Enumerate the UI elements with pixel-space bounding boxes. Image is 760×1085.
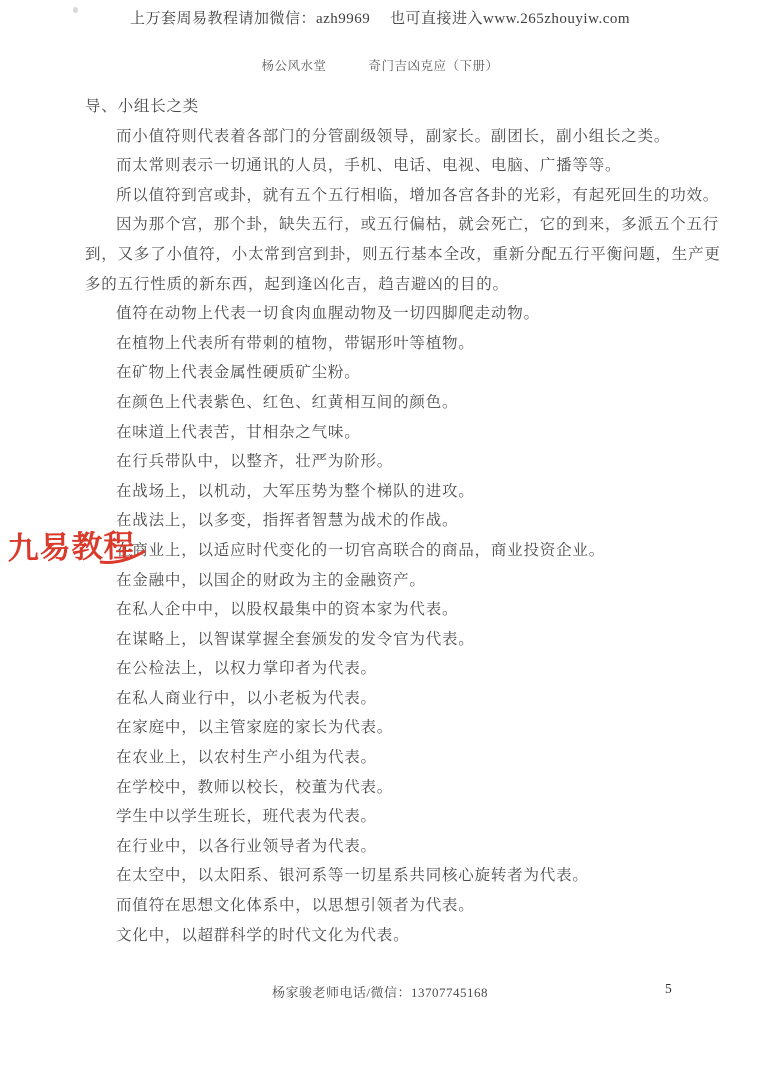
- text-line: 在颜色上代表紫色、红色、红黄相互间的颜色。: [85, 388, 700, 418]
- text-line: 学生中以学生班长，班代表为代表。: [85, 802, 700, 832]
- text-line: 在公检法上，以权力掌印者为代表。: [85, 654, 700, 684]
- header-promo-text: 上万套周易教程请加微信：azh9969 也可直接进入www.265zhouyiw…: [0, 7, 760, 28]
- footer-contact: 杨家骏老师电话/微信：13707745168: [0, 982, 760, 1001]
- text-line: 在味道上代表苦，甘相杂之气味。: [85, 418, 700, 448]
- scan-speck: [73, 7, 78, 13]
- watermark-logo: 九易教程: [7, 520, 136, 568]
- text-line: 在战法上，以多变，指挥者智慧为战术的作战。: [85, 506, 700, 536]
- text-line: 多的五行性质的新东西，起到逢凶化吉，趋吉避凶的目的。: [85, 270, 700, 300]
- text-line: 在战场上，以机动，大军压势为整个梯队的进攻。: [85, 477, 700, 507]
- text-line: 导、小组长之类: [85, 92, 700, 122]
- text-line: 在植物上代表所有带刺的植物，带锯形叶等植物。: [85, 329, 700, 359]
- watermark-swoosh-icon: [100, 550, 146, 565]
- text-line: 文化中，以超群科学的时代文化为代表。: [85, 921, 700, 951]
- page-number: 5: [665, 981, 672, 997]
- text-line: 而小值符则代表着各部门的分管副级领导，副家长。副团长，副小组长之类。: [85, 122, 700, 152]
- text-line: 在私人商业行中，以小老板为代表。: [85, 684, 700, 714]
- text-line: 到，又多了小值符，小太常到宫到卦，则五行基本全改，重新分配五行平衡问题，生产更: [85, 240, 700, 270]
- text-line: 在私人企中中，以股权最集中的资本家为代表。: [85, 595, 700, 625]
- text-line: 在家庭中，以主管家庭的家长为代表。: [85, 713, 700, 743]
- text-line: 在金融中，以国企的财政为主的金融资产。: [85, 566, 700, 596]
- text-line: 在太空中，以太阳系、银河系等一切星系共同核心旋转者为代表。: [85, 861, 700, 891]
- header-title-row: 杨公风水堂 奇门吉凶克应（下册）: [0, 56, 760, 74]
- document-page: 上万套周易教程请加微信：azh9969 也可直接进入www.265zhouyiw…: [0, 0, 760, 1085]
- text-line: 在行业中，以各行业领导者为代表。: [85, 832, 700, 862]
- text-line: 所以值符到宫或卦，就有五个五行相临，增加各宫各卦的光彩，有起死回生的功效。: [85, 181, 700, 211]
- text-line: 而太常则表示一切通讯的人员，手机、电话、电视、电脑、广播等等。: [85, 151, 700, 181]
- publisher-name: 杨公风水堂: [261, 56, 326, 74]
- text-line: 在学校中，教师以校长，校董为代表。: [85, 773, 700, 803]
- text-line: 值符在动物上代表一切食肉血腥动物及一切四脚爬走动物。: [85, 299, 700, 329]
- text-line: 在谋略上，以智谋掌握全套颁发的发令官为代表。: [85, 625, 700, 655]
- text-line: 在农业上，以农村生产小组为代表。: [85, 743, 700, 773]
- text-line: 在矿物上代表金属性硬质矿尘粉。: [85, 358, 700, 388]
- text-line: 在行兵带队中，以整齐，壮严为阶形。: [85, 447, 700, 477]
- body-text: 导、小组长之类而小值符则代表着各部门的分管副级领导，副家长。副团长，副小组长之类…: [85, 92, 700, 950]
- book-title: 奇门吉凶克应（下册）: [369, 56, 499, 74]
- text-line: 而值符在思想文化体系中，以思想引领者为代表。: [85, 891, 700, 921]
- text-line: 在商业上，以适应时代变化的一切官高联合的商品，商业投资企业。: [85, 536, 700, 566]
- text-line: 因为那个宫，那个卦，缺失五行，或五行偏枯，就会死亡，它的到来，多派五个五行: [85, 210, 700, 240]
